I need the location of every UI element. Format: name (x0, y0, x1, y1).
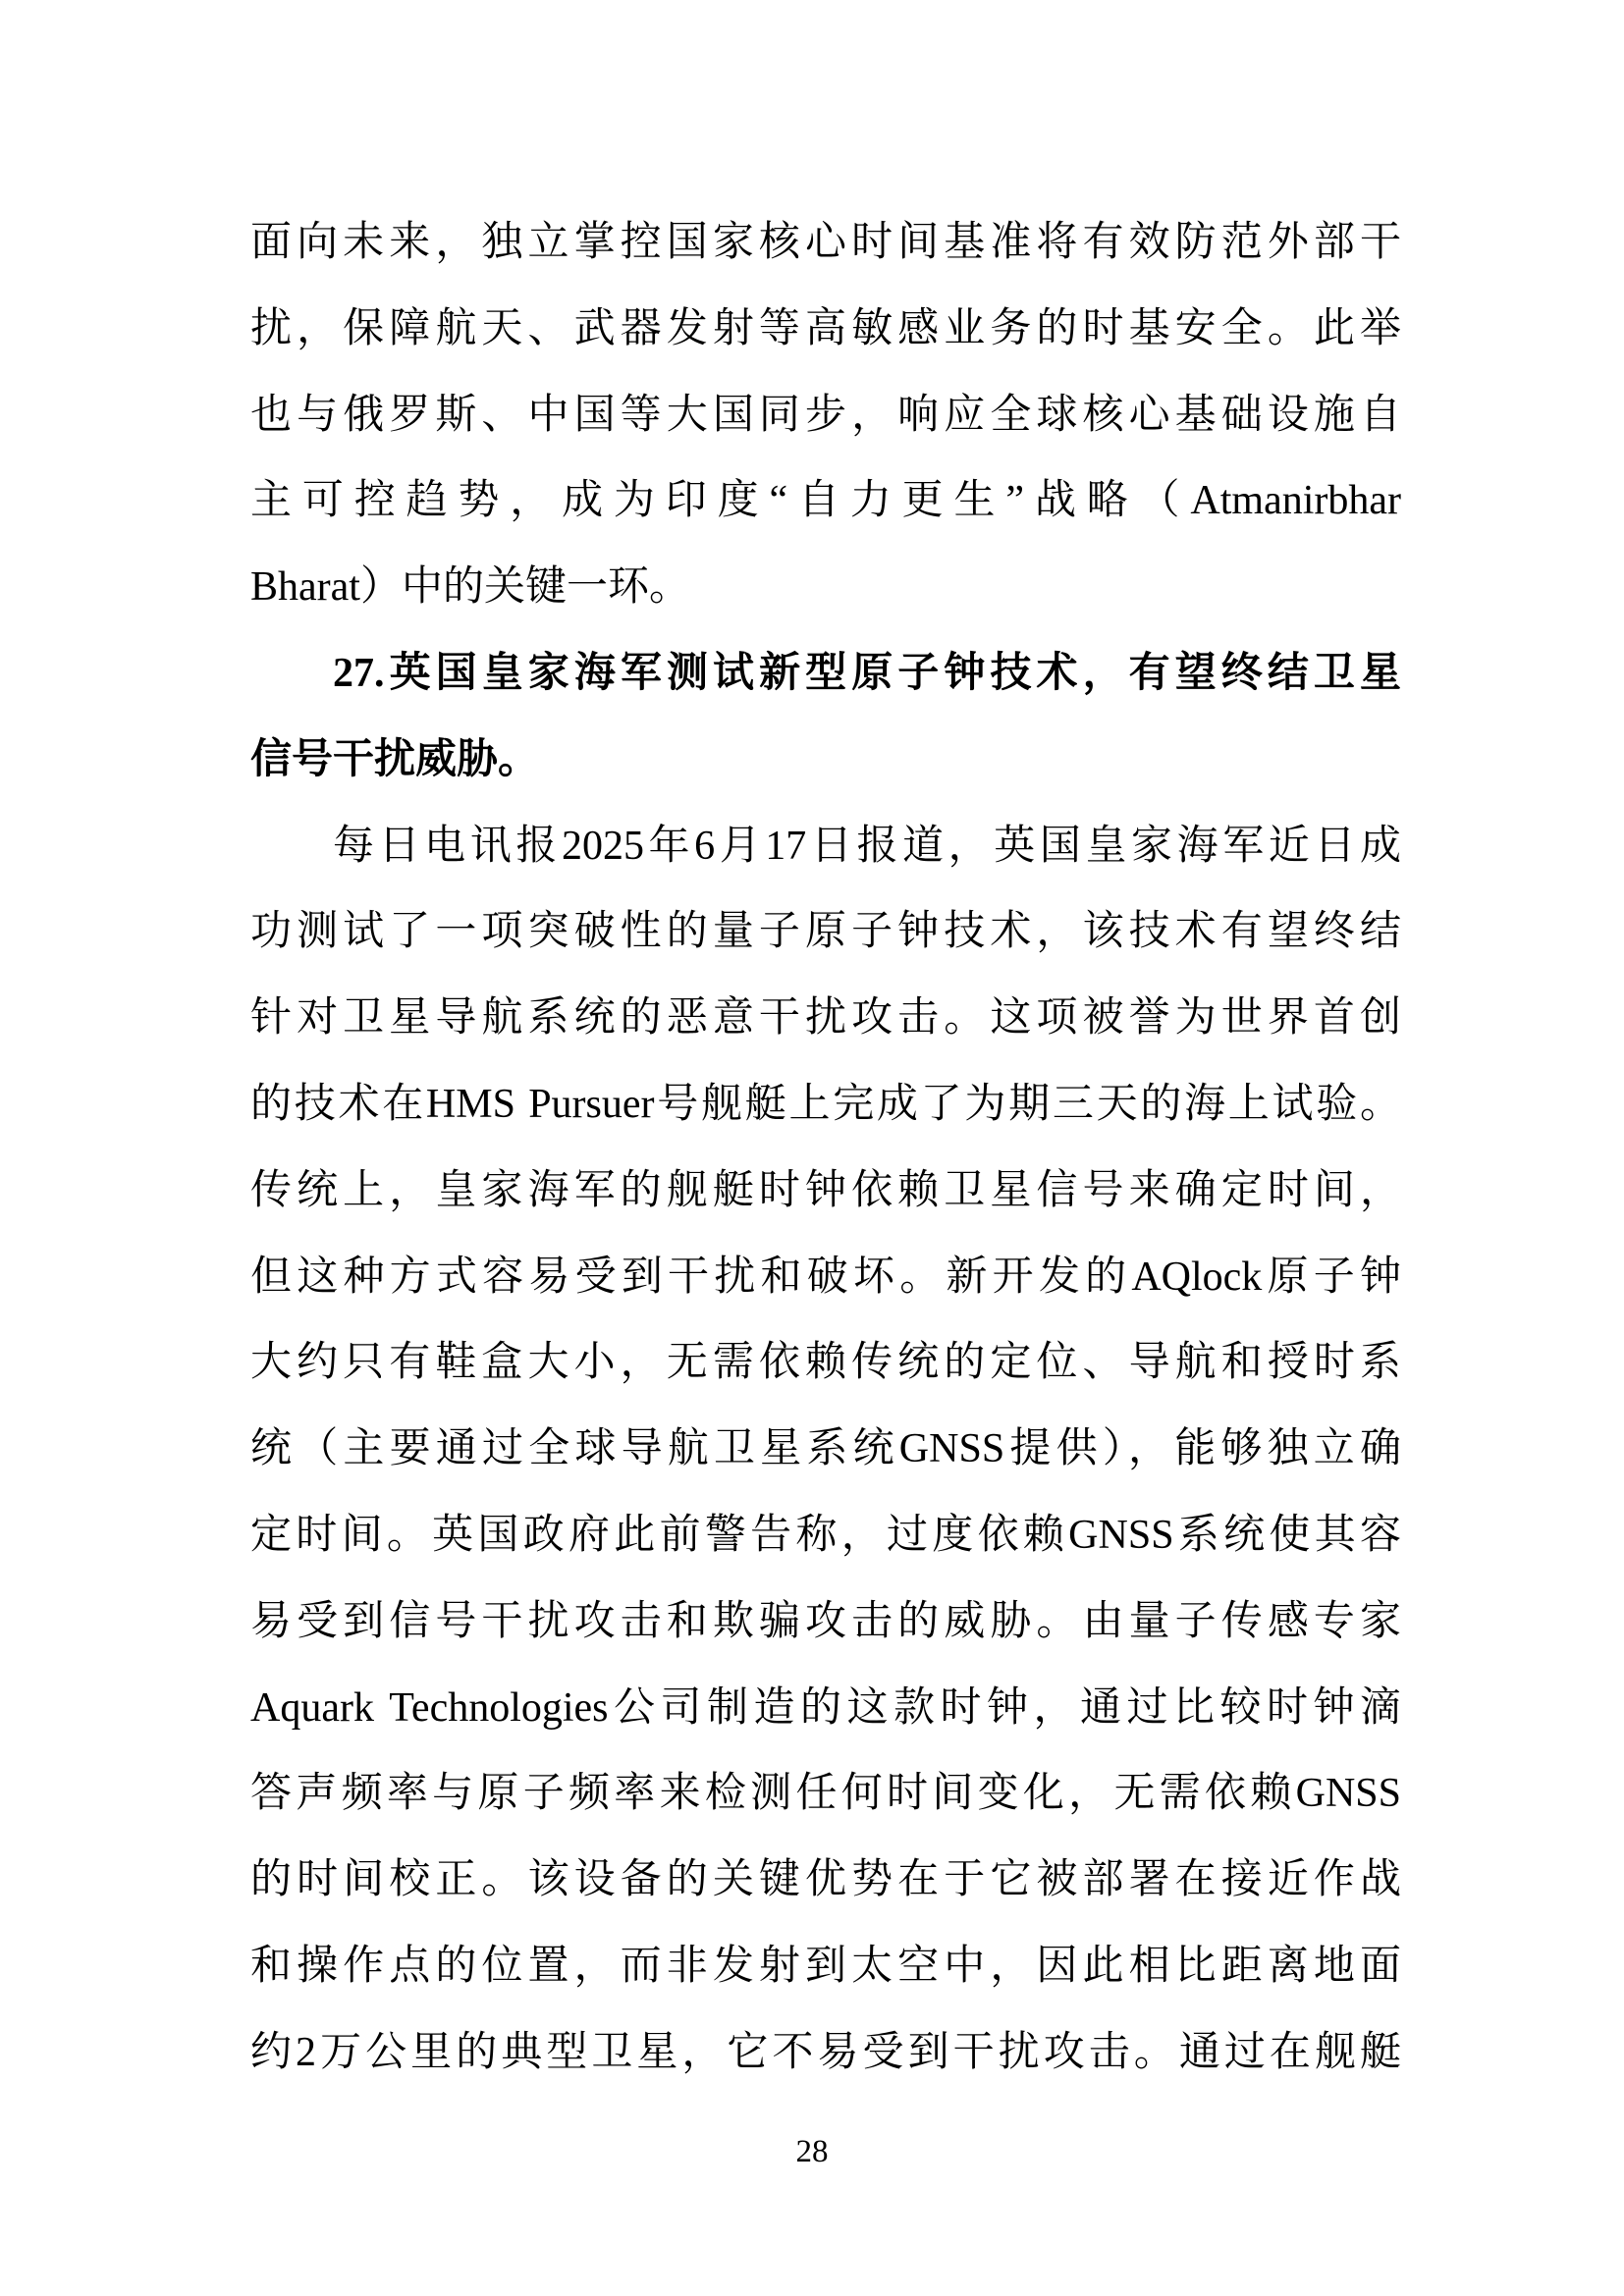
page-footer: 28 (0, 2120, 1624, 2183)
text-line: 27.英国皇家海军测试新型原子钟技术，有望终结卫星 (250, 631, 1401, 718)
text-line: 扰，保障航天、武器发射等高敏感业务的时基安全。此举 (250, 287, 1401, 373)
document-page: 面向未来，独立掌控国家核心时间基准将有效防范外部干扰，保障航天、武器发射等高敏感… (0, 0, 1624, 2296)
text-line: 面向未来，独立掌控国家核心时间基准将有效防范外部干 (250, 200, 1401, 287)
page-content: 面向未来，独立掌控国家核心时间基准将有效防范外部干扰，保障航天、武器发射等高敏感… (250, 200, 1401, 2097)
text-line: 的时间校正。该设备的关键优势在于它被部署在接近作战 (250, 1838, 1401, 1924)
text-line: 信号干扰威胁。 (250, 718, 1401, 804)
text-line: 统（主要通过全球导航卫星系统GNSS提供），能够独立确 (250, 1407, 1401, 1493)
text-line: 的技术在HMS Pursuer号舰艇上完成了为期三天的海上试验。 (250, 1062, 1401, 1148)
text-line: Bharat）中的关键一环。 (250, 545, 1401, 631)
text-line: 但这种方式容易受到干扰和破坏。新开发的AQlock原子钟 (250, 1235, 1401, 1321)
text-line: 约2万公里的典型卫星，它不易受到干扰攻击。通过在舰艇 (250, 2010, 1401, 2097)
text-line: 大约只有鞋盒大小，无需依赖传统的定位、导航和授时系 (250, 1320, 1401, 1407)
text-line: Aquark Technologies公司制造的这款时钟，通过比较时钟滴 (250, 1666, 1401, 1752)
page-number: 28 (796, 2134, 829, 2169)
text-line: 定时间。英国政府此前警告称，过度依赖GNSS系统使其容 (250, 1493, 1401, 1579)
text-line: 传统上，皇家海军的舰艇时钟依赖卫星信号来确定时间， (250, 1148, 1401, 1235)
text-line: 易受到信号干扰攻击和欺骗攻击的威胁。由量子传感专家 (250, 1579, 1401, 1666)
text-line: 答声频率与原子频率来检测任何时间变化，无需依赖GNSS (250, 1751, 1401, 1838)
text-line: 针对卫星导航系统的恶意干扰攻击。这项被誉为世界首创 (250, 976, 1401, 1062)
text-line: 也与俄罗斯、中国等大国同步，响应全球核心基础设施自 (250, 373, 1401, 459)
text-line: 功测试了一项突破性的量子原子钟技术，该技术有望终结 (250, 889, 1401, 976)
text-line: 每日电讯报2025年6月17日报道，英国皇家海军近日成 (250, 804, 1401, 890)
text-line: 主可控趋势，成为印度“自力更生”战略（Atmanirbhar (250, 458, 1401, 545)
text-line: 和操作点的位置，而非发射到太空中，因此相比距离地面 (250, 1924, 1401, 2010)
